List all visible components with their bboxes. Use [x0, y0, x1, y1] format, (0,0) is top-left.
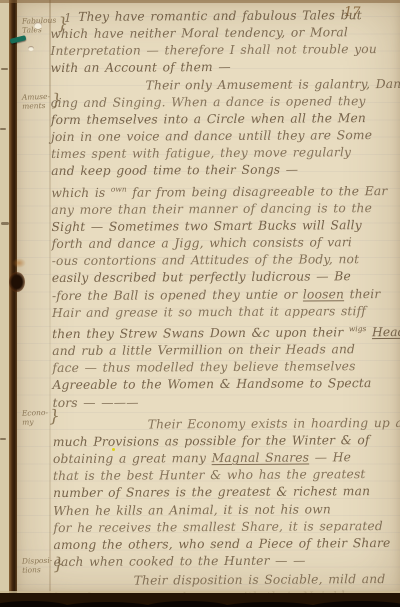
manuscript-line: -fore the Ball is opened they untie or l… — [52, 286, 398, 305]
book-block-edge — [0, 593, 400, 607]
manuscript-line: easily described but perfectly ludicrous… — [52, 268, 398, 287]
ink-blot — [9, 272, 25, 292]
manuscript-line: much Provisions as possible for the Wint… — [53, 432, 399, 451]
manuscript-line: Sight — Sometimes two Smart Bucks will S… — [51, 217, 397, 236]
worm-hole — [34, 22, 42, 29]
manuscript-line: number of Snares is the greatest & riche… — [53, 483, 399, 502]
manuscript-line: which is own far from being disagreeable… — [51, 179, 397, 202]
manuscript-scan: 1 17 Fabulous Tales } Amuse- ments } Eco… — [0, 0, 400, 607]
manuscript-line: join in one voice and dance untill they … — [51, 127, 397, 146]
manuscript-line: and keep good time to their Songs — — [51, 161, 397, 180]
margin-note-line: ments — [22, 101, 50, 111]
manuscript-line: then they Strew Swans Down &c upon their… — [52, 320, 398, 343]
manuscript-line: form themselves into a Circle when all t… — [51, 110, 397, 129]
manuscript-line: each when cooked to the Hunter — — — [54, 552, 400, 571]
manuscript-line: They have romantic and fabulous Tales bu… — [78, 7, 396, 26]
bleed-mark — [0, 128, 6, 130]
bleed-mark — [1, 68, 8, 70]
manuscript-line: Interpretation — therefore I shall not t… — [50, 41, 396, 60]
manuscript-lines: They have romantic and fabulous Tales bu… — [50, 7, 400, 607]
manuscript-line: tors — ——— — [53, 393, 399, 412]
manuscript-line: times spent with fatigue, they move regu… — [51, 144, 397, 163]
margin-note-line: my — [22, 417, 48, 427]
manuscript-line: Their only Amusement is galantry, Dan — [146, 76, 397, 95]
manuscript-line: When he kills an Animal, it is not his o… — [53, 501, 399, 520]
manuscript-line: any more than their manner of dancing is… — [51, 200, 397, 219]
manuscript-line: Hair and grease it so much that it appea… — [52, 303, 398, 322]
manuscript-line: Agreeable to the Women & Handsome to Spe… — [52, 375, 398, 394]
manuscript-line: among the others, who send a Piece of th… — [53, 535, 399, 554]
manuscript-line: Their Economy exists in hoarding up as — [148, 415, 399, 434]
bleed-mark — [1, 222, 9, 225]
manuscript-line: obtaining a great many Magnal Snares — H… — [53, 449, 399, 468]
manuscript-line: -ous contortions and Attitudes of the Bo… — [52, 251, 398, 270]
manuscript-line: forth and dance a Jigg, which consists o… — [52, 234, 398, 253]
yellow-speck — [112, 448, 115, 451]
manuscript-line: face — thus modelled they believe themse… — [52, 358, 398, 377]
margin-note-line: Econo- — [22, 408, 48, 418]
page-top-edge — [0, 0, 400, 3]
bleed-mark — [0, 438, 6, 440]
manuscript-line: which have neither Moral tendency, or Mo… — [50, 24, 396, 43]
manuscript-line: for he receives the smallest Share, it i… — [53, 518, 399, 537]
manuscript-line: Their disposition is Sociable, mild and — [134, 571, 400, 590]
manuscript-line: and rub a little Vermillion on their Hea… — [52, 341, 398, 360]
manuscript-line: with an Account of them — — [50, 58, 396, 77]
worm-hole — [28, 46, 34, 51]
stain-smear — [12, 258, 26, 268]
margin-note-line: tions — [22, 565, 53, 575]
manuscript-line: that is the best Hunter & who has the gr… — [53, 466, 399, 485]
manuscript-line: cing and Singing. When a dance is opened… — [51, 93, 397, 112]
